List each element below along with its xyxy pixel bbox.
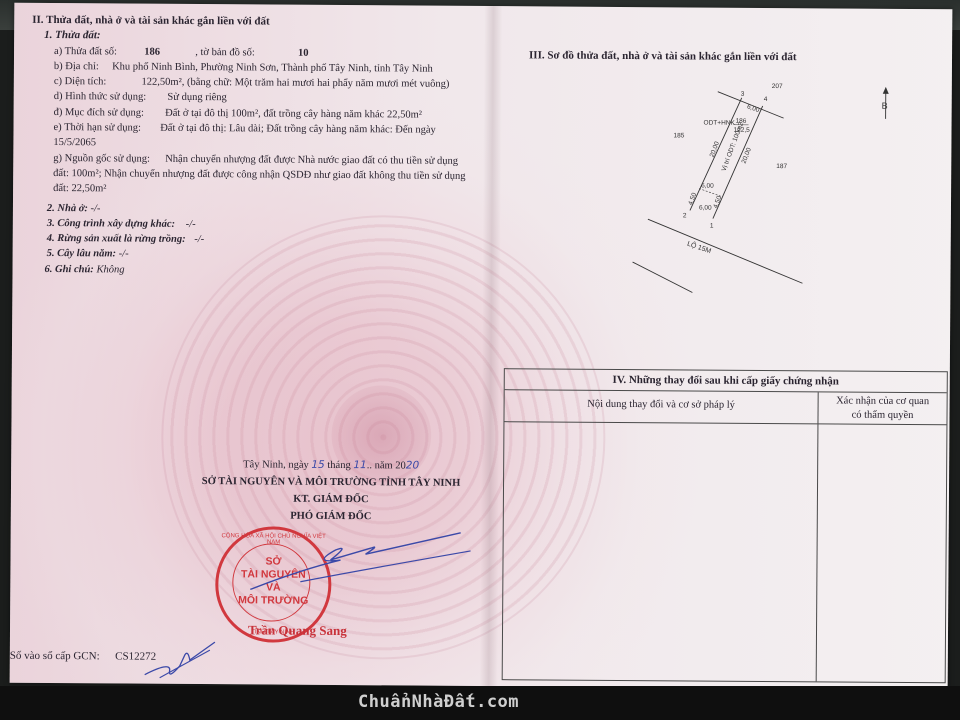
signer-name: Trần Quang Sang [248,622,347,639]
signature-block: Tây Ninh, ngày 15 tháng 11.. năm 2020 SỞ… [181,456,481,526]
place-date: Tây Ninh, ngày 15 tháng 11.. năm 2020 [181,456,481,475]
parcel-number: 186 [144,46,160,57]
map-sheet-number: 10 [298,47,309,58]
role-line-2: PHÓ GIÁM ĐỐC [181,507,481,526]
changes-table-title: IV. Những thay đổi sau khi cấp giấy chứn… [505,369,947,393]
changes-table: IV. Những thay đổi sau khi cấp giấy chứn… [502,368,948,683]
address: Khu phố Ninh Bình, Phường Ninh Sơn, Thàn… [112,61,433,74]
site-watermark: ChuẩnNhàĐất.com [358,692,519,712]
svg-text:ODT+HNK: ODT+HNK [704,120,736,127]
issuing-agency: SỞ TÀI NGUYÊN VÀ MÔI TRƯỜNG TỈNH TÂY NIN… [181,473,481,492]
registrar-signature [140,640,220,681]
col-authority-header: Xác nhận của cơ quan có thẩm quyền [818,392,946,425]
land-certificate-document: II. Thửa đất, nhà ở và tài sản khác gắn … [10,3,953,690]
svg-text:6,00: 6,00 [701,183,714,190]
role-line-1: KT. GIÁM ĐỐC [181,490,481,509]
section-iii-title: III. Sơ đồ thửa đất, nhà ở và tài sản kh… [529,49,797,63]
svg-text:1: 1 [710,223,714,230]
svg-text:LỘ 15M: LỘ 15M [686,239,713,255]
compass-north-label: B [882,101,888,111]
svg-text:20,00: 20,00 [709,140,721,158]
area: 122,50m², (bằng chữ: Một trăm hai mươi h… [142,77,450,90]
changes-content-column: Nội dung thay đổi và cơ sở pháp lý [503,390,819,681]
notes-row: 6. Ghi chú: Không [44,262,480,280]
col-content-header: Nội dung thay đổi và cơ sở pháp lý [504,390,817,424]
svg-text:187: 187 [776,163,787,170]
gcn-registry-row: Số vào sổ cấp GCN: CS12272 [10,650,156,663]
term: Đất ở tại đô thị: Lâu dài; Đất trồng cây… [160,123,436,136]
usage-form: Sử dụng riêng [167,92,226,103]
svg-text:6,00: 6,00 [746,103,761,114]
svg-text:6,00: 6,00 [699,205,712,212]
svg-text:4: 4 [764,96,768,103]
parcel-diagram: 3 6,00 4 207 ODT+HNK 186 122,5 185 20,00… [612,67,952,329]
origin-row: g) Nguồn gốc sử dụng: Nhận chuyển nhượng… [53,151,481,200]
svg-text:4,50: 4,50 [687,192,698,207]
svg-text:4,50: 4,50 [712,195,723,210]
director-signature [240,529,480,601]
purpose: Đất ở tại đô thị 100m², đất trồng cây hà… [165,108,422,121]
svg-text:185: 185 [673,132,684,139]
svg-text:207: 207 [772,83,783,90]
svg-text:20,00: 20,00 [741,146,753,164]
authority-confirmation-column: Xác nhận của cơ quan có thẩm quyền [817,392,947,682]
svg-text:3: 3 [741,91,745,98]
svg-text:2: 2 [683,212,687,219]
left-page: II. Thửa đất, nhà ở và tài sản khác gắn … [30,13,482,280]
